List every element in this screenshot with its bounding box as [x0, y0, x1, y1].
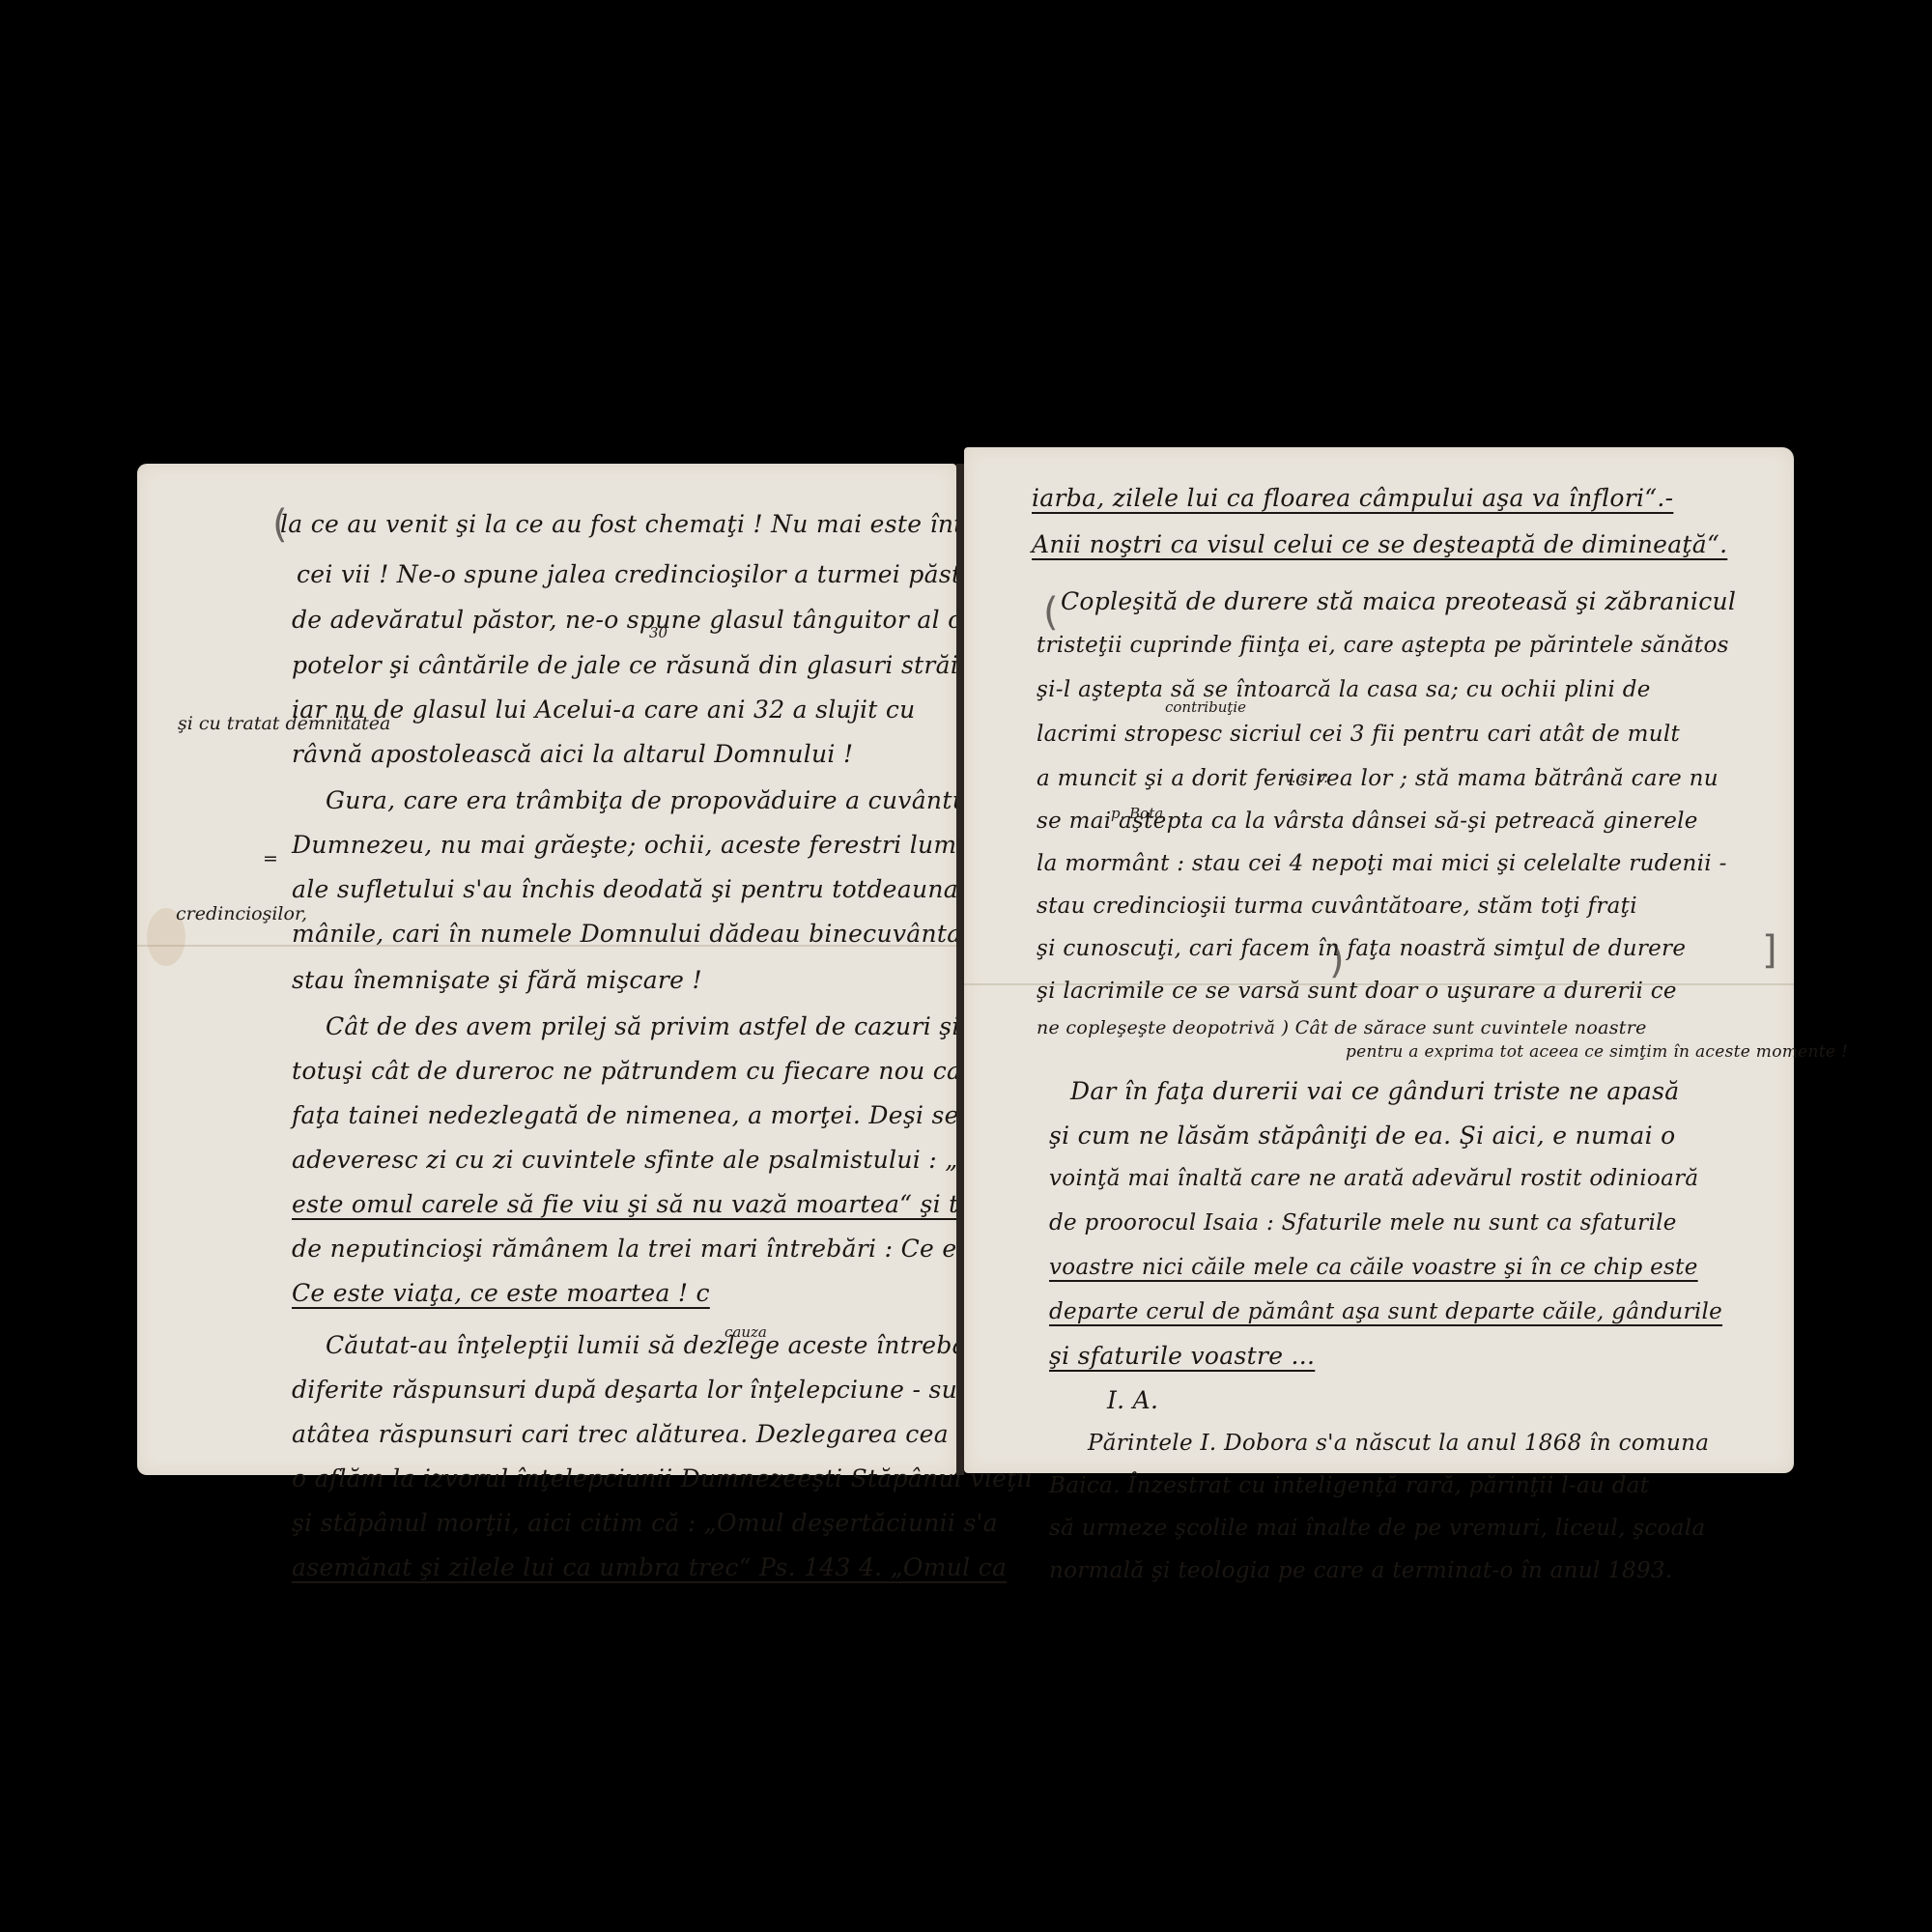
- text-line: diferite răspunsuri după deşarta lor înţ…: [292, 1376, 1026, 1404]
- text-line: Baica. Înzestrat cu inteligenţă rară, pă…: [1049, 1473, 1649, 1498]
- pencil-bracket-mark: ]: [1762, 928, 1777, 973]
- text-line: la ce au venit şi la ce au fost chemaţi …: [280, 510, 990, 538]
- text-line: de proorocul Isaia : Sfaturile mele nu s…: [1049, 1210, 1677, 1236]
- text-line: şi-l aştepta să se întoarcă la casa sa; …: [1037, 677, 1651, 702]
- pencil-bracket-mark: (: [1043, 590, 1059, 635]
- text-line: şi stăpânul morţii, aici citim că : „Omu…: [292, 1509, 998, 1537]
- text-line: faţa tainei nedezlegată de nimenea, a mo…: [292, 1101, 959, 1129]
- text-line: Cât de des avem prilej să privim astfel …: [326, 1012, 960, 1040]
- text-line: adeveresc zi cu zi cuvintele sfinte ale …: [292, 1146, 1015, 1174]
- text-line: de neputincioşi rămânem la trei mari înt…: [292, 1235, 1072, 1263]
- text-line: este omul carele să fie viu şi să nu vaz…: [292, 1190, 1066, 1218]
- text-line: ale sufletului s'au închis deodată şi pe…: [292, 875, 975, 903]
- text-line: iarba, zilele lui ca floarea câmpului aş…: [1032, 484, 1673, 512]
- text-line: stau credincioşii turma cuvântătoare, st…: [1037, 894, 1637, 919]
- book-gutter: [956, 464, 964, 1475]
- text-line: Copleşită de durere stă maica preoteasă …: [1061, 587, 1736, 615]
- text-line: voastre nici căile mele ca căile voastre…: [1049, 1255, 1698, 1280]
- margin-note: credincioşilor,: [176, 903, 307, 924]
- text-line: lacrimi stropesc sicriul cei 3 fii pentr…: [1037, 722, 1680, 747]
- text-line: la mormânt : stau cei 4 nepoţi mai mici …: [1037, 851, 1727, 876]
- text-line: ne copleşeşte deopotrivă ) Cât de sărace…: [1037, 1017, 1647, 1038]
- text-line: şi cunoscuţi, cari facem în faţa noastră…: [1037, 936, 1686, 961]
- text-line: Dumnezeu, nu mai grăeşte; ochii, aceste …: [292, 831, 1037, 859]
- margin-note: =: [263, 848, 278, 869]
- signature-initials: I. A.: [1107, 1386, 1158, 1414]
- text-line: tristeţii cuprinde fiinţa ei, care aştep…: [1037, 633, 1729, 658]
- text-line: voinţă mai înaltă care ne arată adevărul…: [1049, 1166, 1698, 1191]
- text-line: mânile, cari în numele Domnului dădeau b…: [292, 920, 988, 948]
- text-line: de adevăratul păstor, ne-o spune glasul …: [292, 606, 1001, 634]
- text-line: pentru a exprima tot aceea ce simţim în …: [1346, 1042, 1848, 1062]
- text-line: o aflăm la izvorul înţelepciunii Dumneze…: [292, 1464, 1033, 1492]
- text-line: Gura, care era trâmbiţa de propovăduire …: [326, 786, 1000, 814]
- text-line: se mai aştepta ca la vârsta dânsei să-şi…: [1037, 809, 1698, 834]
- text-line: şi sfaturile voastre ...: [1049, 1342, 1315, 1370]
- text-line: iar nu de glasul lui Acelui-a care ani 3…: [292, 696, 916, 724]
- text-line: stau înemnişate şi fără mişcare !: [292, 966, 702, 994]
- text-line: cei vii ! Ne-o spune jalea credincioşilo…: [297, 560, 1021, 588]
- text-line: râvnă apostolească aici la altarul Domnu…: [292, 740, 853, 768]
- text-line: totuşi cât de durerос ne pătrundem cu fi…: [292, 1057, 1007, 1085]
- right-manuscript-page: ( ) ] contribuţie p. Bota v. ş. v. iarba…: [964, 447, 1794, 1473]
- text-line: şi cum ne lăsăm stăpâniţi de ea. Şi aici…: [1049, 1122, 1675, 1150]
- text-line: şi lacrimile ce se varsă sunt doar o uşu…: [1037, 979, 1677, 1004]
- text-line: Dar în faţa durerii vai ce gânduri trist…: [1070, 1077, 1679, 1105]
- text-line: Ce este viaţa, ce este moartea ! c: [292, 1279, 710, 1307]
- text-line: să urmeze şcolile mai înalte de pe vremu…: [1049, 1516, 1705, 1541]
- text-line: asemănat şi zilele lui ca umbra trec“ Ps…: [292, 1553, 1007, 1581]
- text-line: Părintele I. Dobora s'a născut la anul 1…: [1088, 1431, 1709, 1456]
- left-manuscript-page: şi cu tratat demnitatea = credincioşilor…: [137, 464, 956, 1475]
- text-line: departe cerul de pământ aşa sunt departe…: [1049, 1299, 1722, 1324]
- text-line: Anii noştri ca visul celui ce se deşteap…: [1032, 530, 1727, 558]
- text-line: normală şi teologia pe care a terminat-o…: [1049, 1558, 1672, 1583]
- text-line: a muncit şi a dorit fericirea lor ; stă …: [1037, 766, 1719, 791]
- text-line: potelor şi cântările de jale ce răsună d…: [292, 651, 1006, 679]
